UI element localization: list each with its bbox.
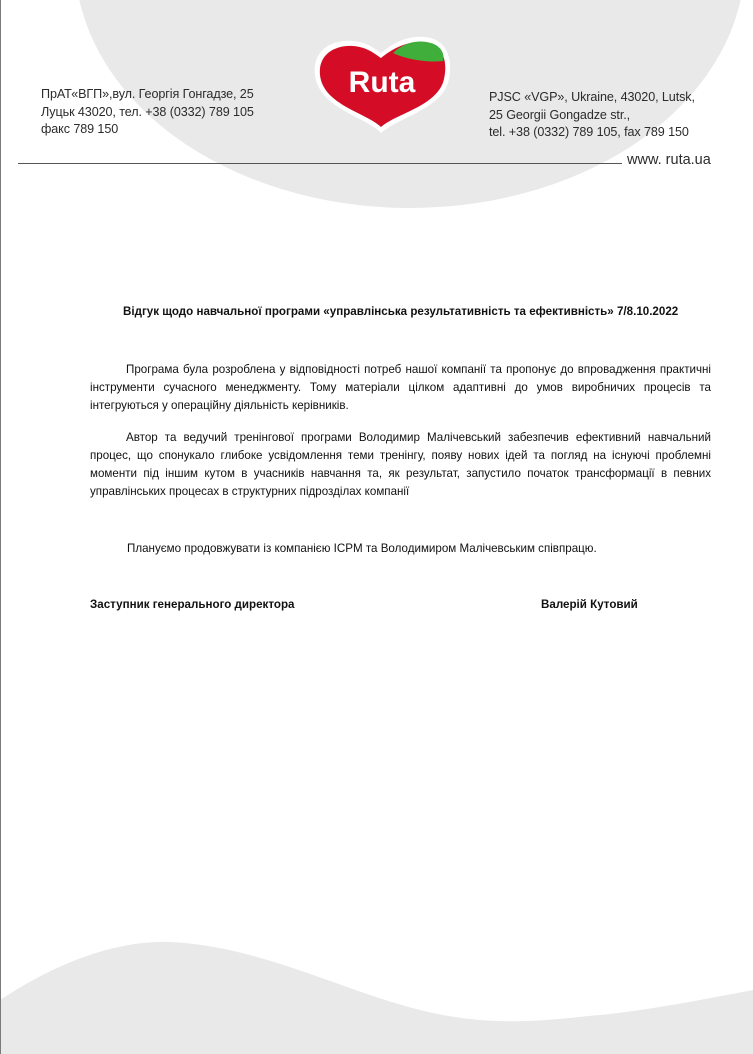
body-paragraph: Автор та ведучий тренінгової програми Во… [90,429,711,501]
address-line: PJSC «VGP», Ukraine, 43020, Lutsk, [489,89,695,107]
address-line: факс 789 150 [41,121,254,139]
page-left-border [0,0,1,1054]
address-line: Луцьк 43020, тел. +38 (0332) 789 105 [41,104,254,122]
logo-text: Ruta [349,66,416,99]
closing-statement: Плануємо продовжувати із компанією ICPM … [127,542,597,555]
header-divider [18,163,622,164]
company-address-english: PJSC «VGP», Ukraine, 43020, Lutsk, 25 Ge… [489,89,695,142]
body-paragraph: Програма була розроблена у відповідності… [90,361,711,415]
address-line: ПрАТ«ВГП»,вул. Георгія Гонгадзе, 25 [41,86,254,104]
website-link[interactable]: www. ruta.ua [627,152,711,168]
signatory-role: Заступник генерального директора [90,598,295,611]
address-line: 25 Georgii Gongadze str., [489,107,695,125]
company-address-ukrainian: ПрАТ«ВГП»,вул. Георгія Гонгадзе, 25 Луць… [41,86,254,139]
document-title: Відгук щодо навчальної програми «управлі… [123,305,678,318]
signatory-name: Валерій Кутовий [541,598,638,611]
address-line: tel. +38 (0332) 789 105, fax 789 150 [489,124,695,142]
ruta-logo: Ruta [309,29,453,139]
